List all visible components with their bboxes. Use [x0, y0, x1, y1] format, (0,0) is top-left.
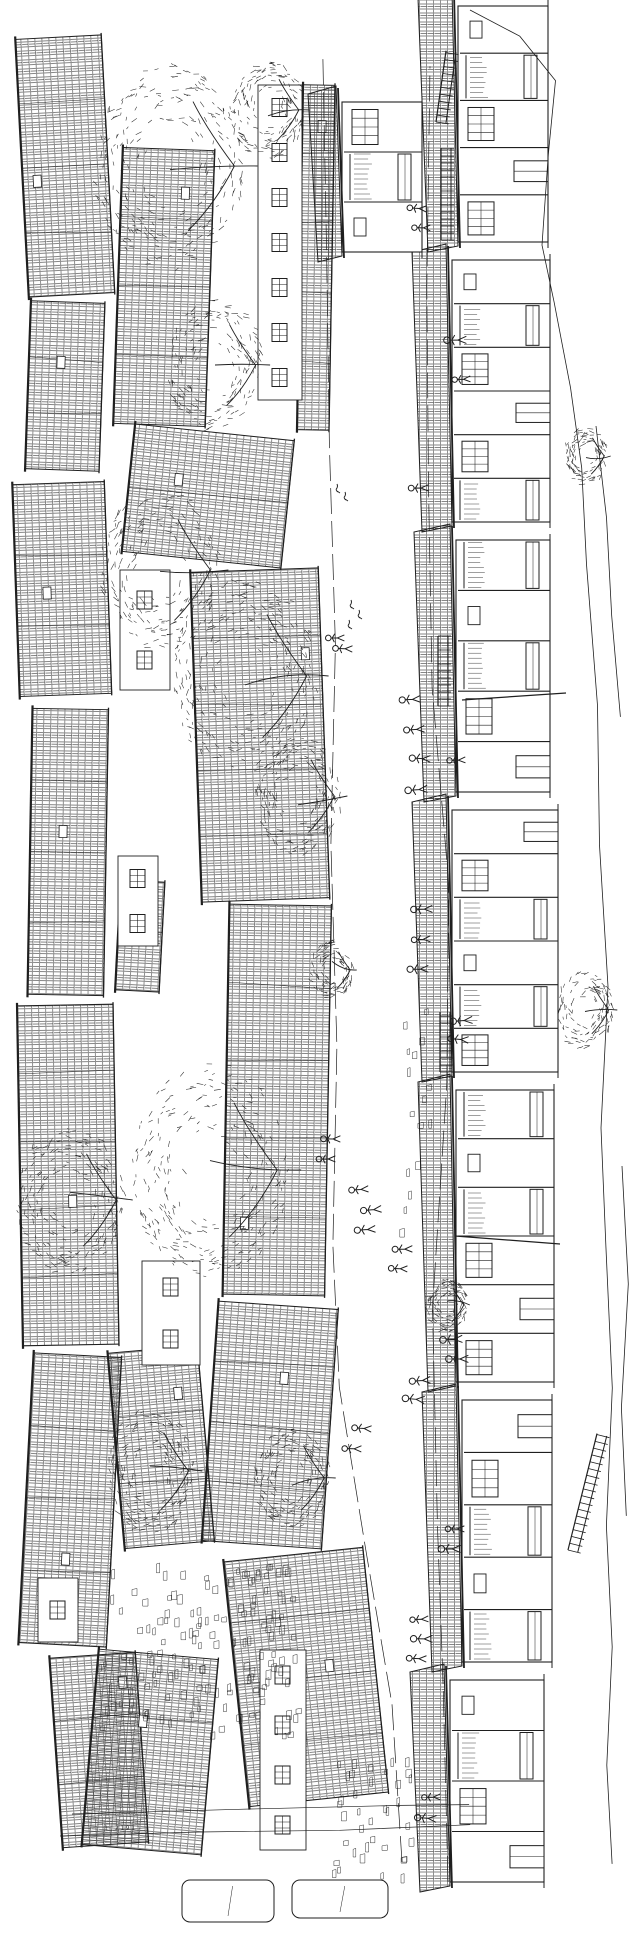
rotated-panorama-group: [12, 0, 628, 1922]
ink-drawing-page: 1 2191: [0, 0, 640, 1946]
stone-slabs-layer: [182, 1880, 388, 1922]
geese-layer: [336, 484, 362, 629]
artist-signature: 1 2191: [104, 1824, 136, 1832]
ink-drawing-scene: 1 2191: [0, 0, 640, 1946]
